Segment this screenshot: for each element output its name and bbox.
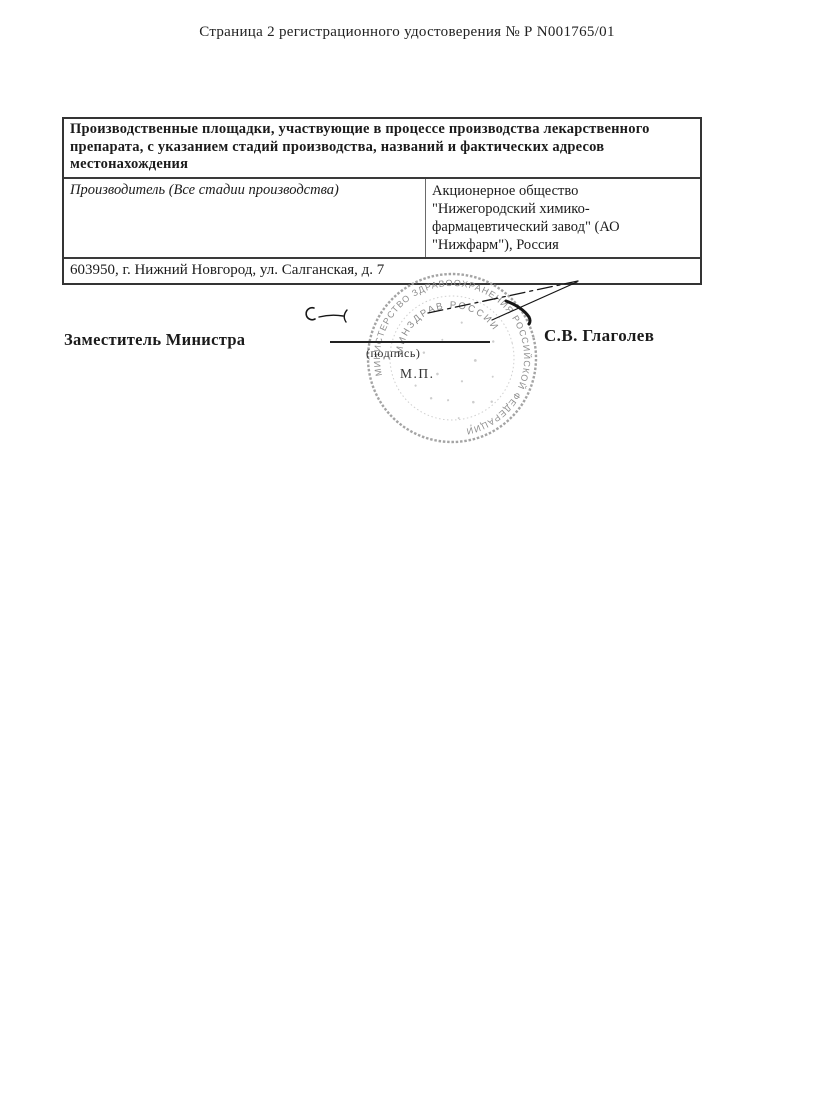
signature-caption: (подпись) xyxy=(366,346,420,361)
producer-value-cell: Акционерное общество "Нижегородский хими… xyxy=(426,179,700,257)
producer-row: Производитель (Все стадии производства) … xyxy=(64,179,700,259)
seal-place-label: М.П. xyxy=(400,366,435,382)
page-header-title: Страница 2 регистрационного удостоверени… xyxy=(0,24,814,41)
signatory-name: С.В. Глаголев xyxy=(544,326,654,346)
producer-label-cell: Производитель (Все стадии производства) xyxy=(64,179,426,257)
signature-stroke-dash xyxy=(319,315,343,317)
table-header-cell: Производственные площадки, участвующие в… xyxy=(64,119,700,179)
signature-stroke-tail xyxy=(344,310,347,322)
signature-line xyxy=(330,341,490,343)
producer-value-text: Акционерное общество "Нижегородский хими… xyxy=(432,182,622,254)
deputy-minister-title: Заместитель Министра xyxy=(64,330,245,350)
signature-stroke-c xyxy=(306,308,315,320)
scanned-certificate-page: Страница 2 регистрационного удостоверени… xyxy=(0,0,814,1105)
